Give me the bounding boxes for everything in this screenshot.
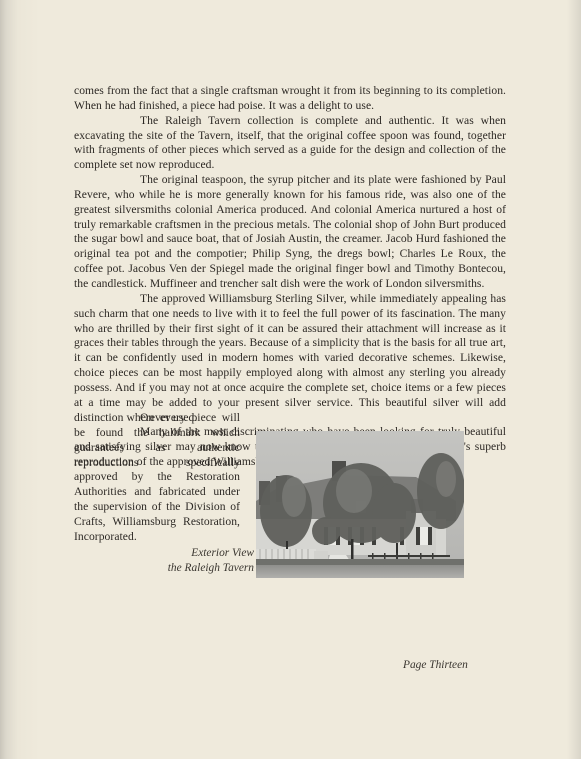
tavern-photo-illustration [256,431,464,578]
caption-line-1: Exterior View [148,546,254,561]
paragraph-hallmark: On every piece will be found the hallmar… [74,411,240,545]
photo-caption: Exterior View the Raleigh Tavern [148,546,254,575]
caption-line-2: the Raleigh Tavern [148,561,254,576]
paragraph-continuation: comes from the fact that a single crafts… [74,84,506,114]
paragraph-approved-silver: The approved Williamsburg Sterling Silve… [74,292,506,426]
hallmark-text-column: On every piece will be found the hallmar… [74,411,240,545]
page-number: Page Thirteen [403,659,468,671]
raleigh-tavern-photo [256,431,464,578]
paragraph-original-craftsmen: The original teaspoon, the syrup pitcher… [74,173,506,292]
paragraph-raleigh-collection: The Raleigh Tavern collection is complet… [74,114,506,173]
